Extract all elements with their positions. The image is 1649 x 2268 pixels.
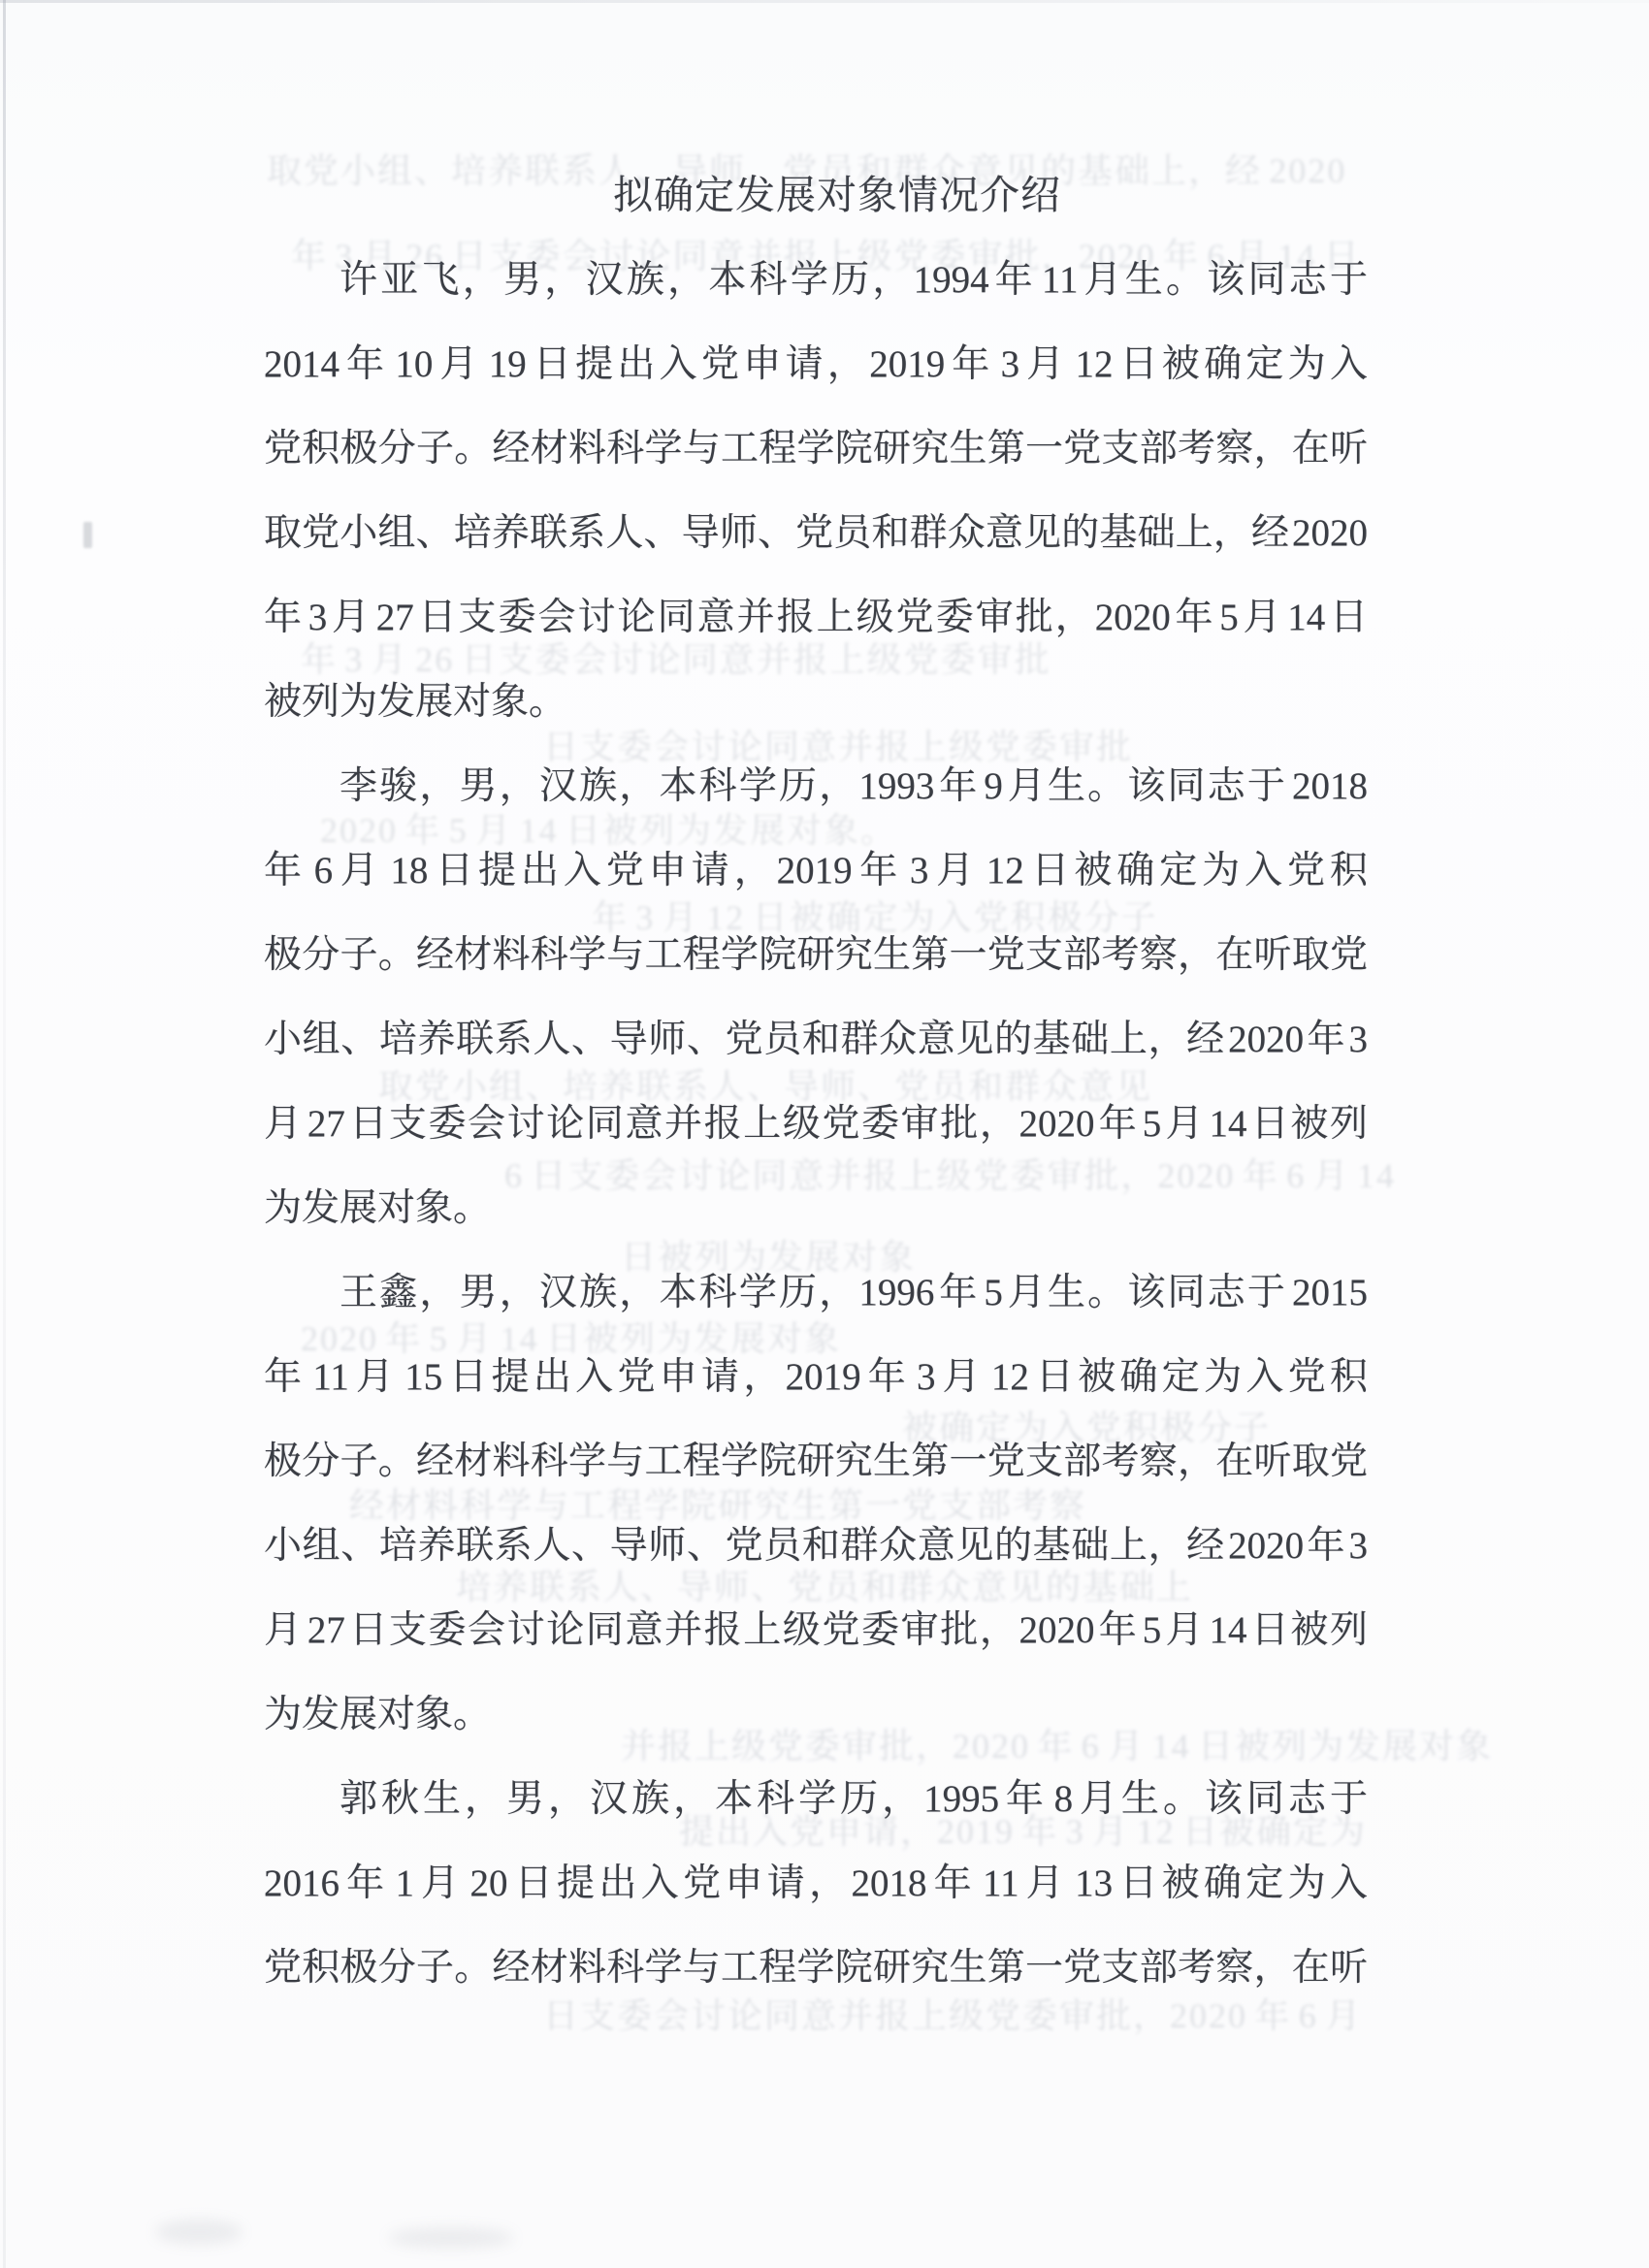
bleed-through-line: 年 3 月 26 日支委会讨论同意并报上级党委审批 xyxy=(301,632,1051,682)
bleed-through-line: 2020 年 5 月 14 日被列为发展对象 xyxy=(301,1312,841,1361)
text-line: 取党小组、培养联系人、导师、党员和群众意见的基础上，经 2020 xyxy=(264,491,1368,575)
bleed-through-line: 培养联系人、导师、党员和群众意见的基础上 xyxy=(456,1560,1193,1609)
bleed-through-line: 年 3 月 12 日被确定为入党积极分子 xyxy=(592,891,1158,940)
bleed-through-line: 经材料科学与工程学院研究生第一党支部考察 xyxy=(349,1478,1086,1528)
bleed-through-line: 日支委会讨论同意并报上级党委审批 xyxy=(543,720,1133,769)
text-line: 2016 年 1 月 20 日提出入党申请，2018 年 11 月 13 日被确… xyxy=(264,1841,1368,1926)
bleed-through-line: 并报上级党委审批，2020 年 6 月 14 日被列为发展对象 xyxy=(621,1719,1493,1768)
scan-artifact-mark xyxy=(83,522,92,548)
bleed-through-line: 2020 年 5 月 14 日被列为发展对象。 xyxy=(320,803,897,853)
scan-edge-top xyxy=(0,0,1649,3)
scanned-document-page: 拟确定发展对象情况介绍 许亚飞，男，汉族，本科学历，1994 年 11 月生。该… xyxy=(0,0,1649,2268)
text-line: 2014 年 10 月 19 日提出入党申请，2019 年 3 月 12 日被确… xyxy=(264,322,1368,406)
bleed-through-line: 取党小组、培养联系人、导师、党员和群众意见 xyxy=(378,1059,1152,1109)
bleed-through-line: 日被列为发展对象 xyxy=(621,1230,916,1280)
scan-smudge xyxy=(388,2227,514,2249)
scan-edge-left xyxy=(3,0,6,2268)
scan-smudge xyxy=(155,2219,242,2245)
bleed-through-line: 被确定为入党积极分子 xyxy=(902,1401,1271,1450)
bleed-through-line: 提出入党申请，2019 年 3 月 12 日被确定为 xyxy=(679,1804,1367,1854)
bleed-through-line: 日支委会讨论同意并报上级党委审批，2020 年 6 月 xyxy=(543,1989,1362,2038)
text-line: 党积极分子。经材料科学与工程学院研究生第一党支部考察，在听 xyxy=(264,406,1368,491)
bleed-through-line: 6 日支委会讨论同意并报上级党委审批，2020 年 6 月 14 xyxy=(504,1149,1396,1198)
paragraph: 郭秋生，男，汉族，本科学历，1995 年 8 月生。该同志于2016 年 1 月… xyxy=(264,1757,1368,2010)
bleed-through-line: 年 3 月 26 日支委会讨论同意并报上级党委审批，2020 年 6 月 14 … xyxy=(291,229,1361,278)
bleed-through-line: 取党小组、培养联系人、导师、党员和群众意见的基础上，经 2020 xyxy=(267,144,1346,193)
